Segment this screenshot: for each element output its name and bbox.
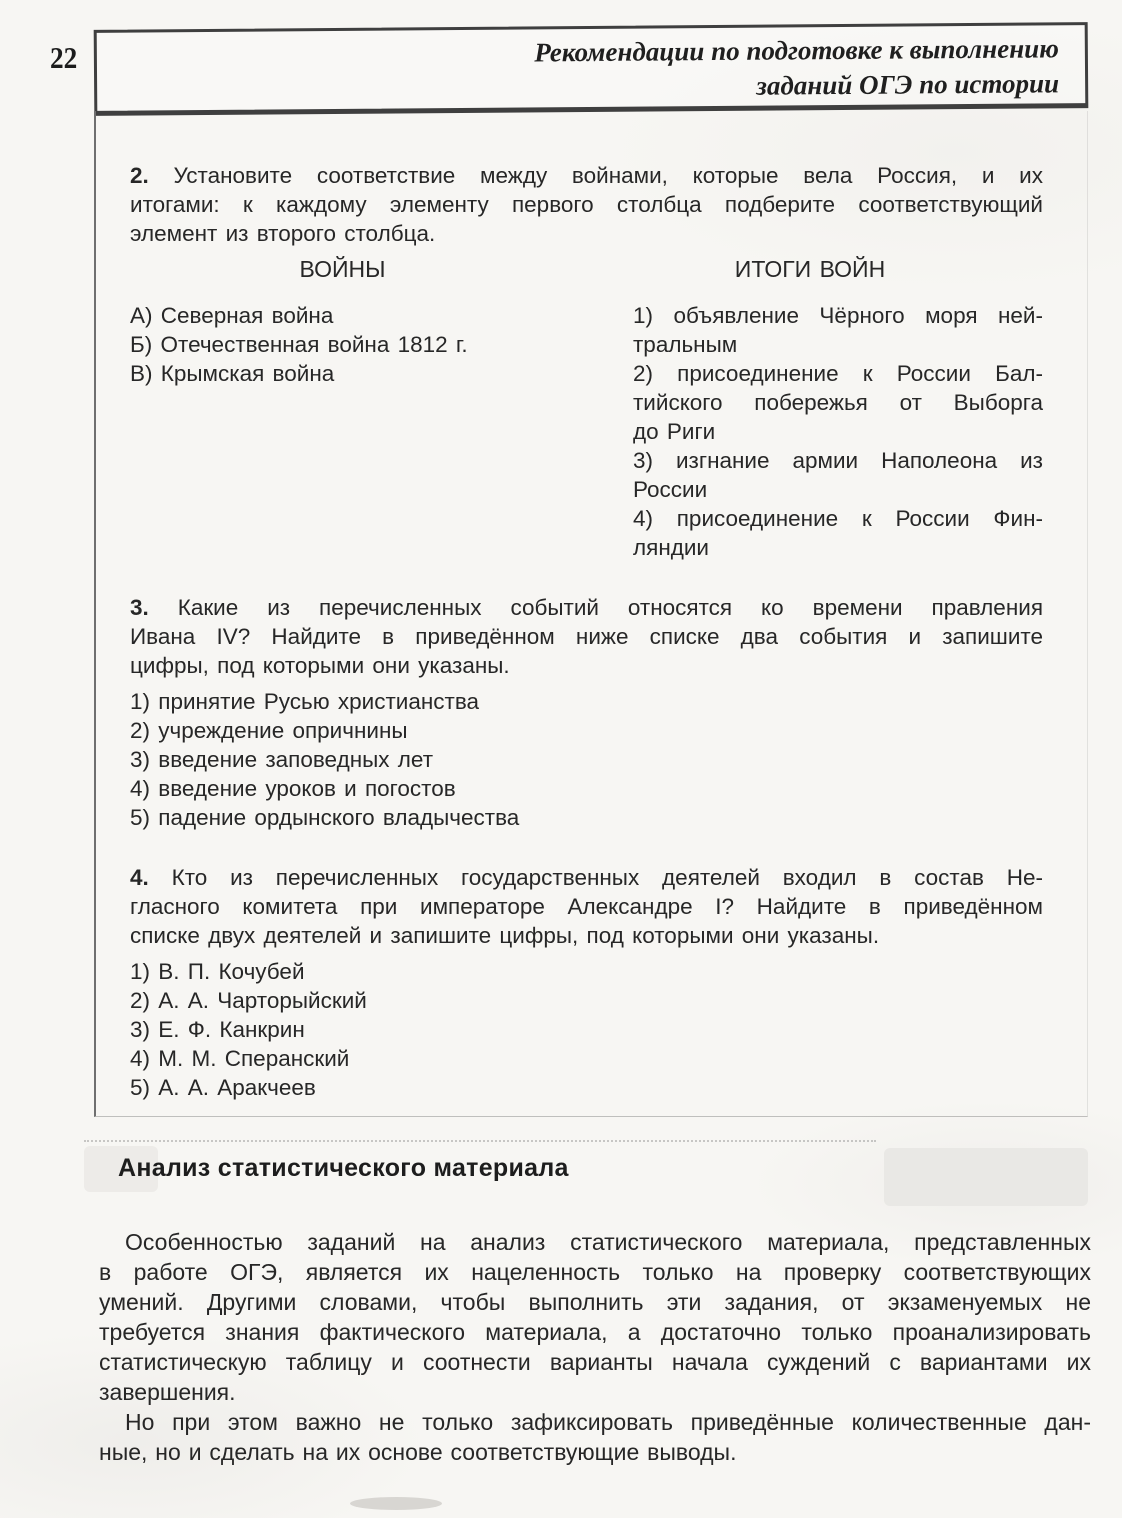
question-2-intro: 2. Установите соответствие между войнами… [130,161,1043,248]
section-heading: Анализ статистического материала [84,1140,876,1183]
text-line: 3) введение заповедных лет [130,745,1043,774]
text-line: тральным [633,330,1043,359]
matching-table: ВОЙНЫ А) Северная войнаБ) Отечественная … [130,255,1043,562]
text-line: до Риги [633,417,1043,446]
text-line: 4) присоединение к России Фин- [633,504,1043,533]
scan-artifact [350,1497,442,1510]
list-item: 3) изгнание армии Наполеона изРоссии [633,446,1043,504]
list-item: 4) присоединение к России Фин-ляндии [633,504,1043,562]
text-line: тийского побережья от Выборга [633,388,1043,417]
text-line: списке двух деятелей и запишите цифры, п… [130,921,1043,950]
question-4-options: 1) В. П. Кочубей2) А. А. Чарторыйский3) … [130,957,1043,1102]
text-line: гласного комитета при императоре Алексан… [130,892,1043,921]
text-line: итогами: к каждому элементу первого стол… [130,190,1043,219]
question-3-options: 1) принятие Русью христианства2) учрежде… [130,687,1043,832]
text-line: В) Крымская война [130,359,555,388]
paragraph: Особенностью заданий на анализ статистич… [99,1227,1091,1407]
text-line: 3) изгнание армии Наполеона из [633,446,1043,475]
text-line: 1) принятие Русью христианства [130,687,1043,716]
text-line: 5) А. А. Аракчеев [130,1073,1043,1102]
text-line: элемент из второго столбца. [130,219,1043,248]
section-body: Особенностью заданий на анализ статистич… [99,1227,1091,1467]
text-line: Особенностью заданий на анализ статистич… [99,1227,1091,1257]
text-line: А) Северная война [130,301,555,330]
question-number: 2. [130,163,149,188]
question-number: 4. [130,865,149,890]
question-4: 4. Кто из перечисленных государственных … [130,863,1043,1102]
page-number: 22 [50,40,77,76]
text-line: ляндии [633,533,1043,562]
text-line: 4) М. М. Сперанский [130,1044,1043,1073]
text-line: 3) Е. Ф. Канкрин [130,1015,1043,1044]
text-line: 2) учреждение опричнины [130,716,1043,745]
text-line: статистическую таблицу и соотнести вариа… [99,1347,1091,1377]
text-line: Ивана IV? Найдите в приведённом ниже спи… [130,622,1043,651]
question-3-intro: 3. Какие из перечисленных событий относя… [130,593,1043,680]
outcomes-column-header: ИТОГИ ВОЙН [633,255,1043,284]
text-line: завершения. [99,1377,1091,1407]
question-4-intro: 4. Кто из перечисленных государственных … [130,863,1043,950]
text-line: Но при этом важно не только зафиксироват… [99,1407,1091,1437]
text-line: цифры, под которыми они указаны. [130,651,1043,680]
outcomes-list: 1) объявление Чёрного моря ней-тральным2… [633,301,1043,562]
text-line: 4) введение уроков и погостов [130,774,1043,803]
text-line: Б) Отечественная война 1812 г. [130,330,555,359]
list-item: 2) присоединение к России Бал-тийского п… [633,359,1043,446]
question-2: 2. Установите соответствие между войнами… [130,161,1043,562]
outcomes-column: ИТОГИ ВОЙН 1) объявление Чёрного моря не… [633,255,1043,562]
wars-list: А) Северная войнаБ) Отечественная война … [130,301,555,388]
running-header-line2: заданий ОГЭ по истории [97,66,1059,109]
scan-artifact [884,1148,1088,1206]
running-header: Рекомендации по подготовке к выполнению … [94,22,1089,116]
text-line: 2. Установите соответствие между войнами… [130,161,1043,190]
paragraph: Но при этом важно не только зафиксироват… [99,1407,1091,1467]
content-frame: 2. Установите соответствие между войнами… [94,111,1088,1117]
wars-column-header: ВОЙНЫ [130,255,555,284]
text-line: России [633,475,1043,504]
text-line: ные, но и сделать на их основе соответст… [99,1437,1091,1467]
scanned-book-page: 22 Рекомендации по подготовке к выполнен… [0,0,1122,1518]
text-line: в работе ОГЭ, является их нацеленность т… [99,1257,1091,1287]
text-line: 2) присоединение к России Бал- [633,359,1043,388]
text-line: 1) объявление Чёрного моря ней- [633,301,1043,330]
text-line: умений. Другими словами, чтобы выполнить… [99,1287,1091,1317]
text-line: 3. Какие из перечисленных событий относя… [130,593,1043,622]
text-line: 2) А. А. Чарторыйский [130,986,1043,1015]
question-number: 3. [130,595,149,620]
text-line: требуется знания фактического материала,… [99,1317,1091,1347]
text-line: 1) В. П. Кочубей [130,957,1043,986]
wars-column: ВОЙНЫ А) Северная войнаБ) Отечественная … [130,255,555,562]
text-line: 4. Кто из перечисленных государственных … [130,863,1043,892]
question-3: 3. Какие из перечисленных событий относя… [130,593,1043,832]
list-item: 1) объявление Чёрного моря ней-тральным [633,301,1043,359]
text-line: 5) падение ордынского владычества [130,803,1043,832]
